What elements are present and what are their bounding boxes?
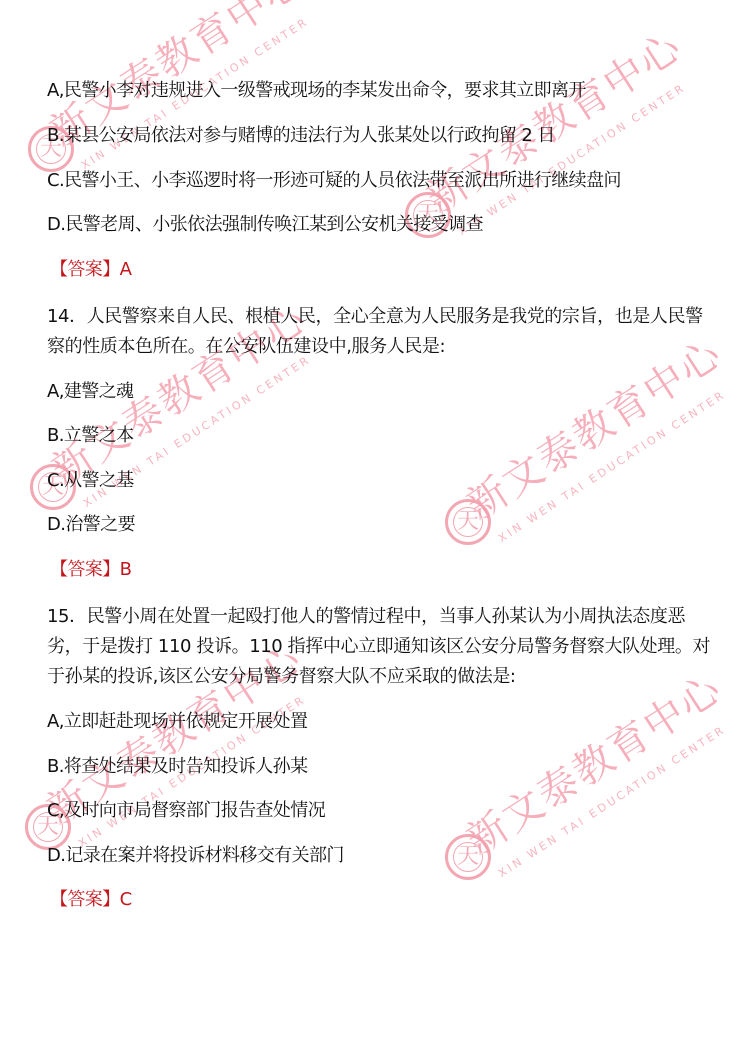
option-15-a: A,立即赶赴现场并依规定开展处置 (47, 711, 307, 733)
option-13-c: C.民警小王、小李巡逻时将一形迹可疑的人员依法带至派出所进行继续盘问 (47, 170, 621, 192)
option-14-d: D.治警之要 (47, 514, 135, 536)
option-14-a: A,建警之魂 (47, 381, 133, 403)
option-14-b: B.立警之本 (47, 425, 133, 447)
option-14-c: C.从警之基 (47, 470, 134, 492)
watermark: 天 新文泰教育中心 XIN WEN TAI EDUCATION CENTER (445, 710, 750, 880)
option-15-c: C,及时向市局督察部门报告查处情况 (47, 800, 325, 822)
question-15-stem-line-3: 于孙某的投诉,该区公安分局警务督察大队不应采取的做法是: (47, 666, 516, 688)
seal-icon: 天 (445, 834, 491, 880)
question-14-stem-line-2: 察的性质本色所在。在公安队伍建设中,服务人民是: (47, 336, 445, 358)
question-14-stem-line-1: 14．人民警察来自人民、根植人民，全心全意为人民服务是我党的宗旨，也是人民警 (47, 306, 703, 328)
option-15-d: D.记录在案并将投诉材料移交有关部门 (47, 845, 344, 867)
document-page: 天 新文泰教育中心 XIN WEN TAI EDUCATION CENTER 天… (0, 0, 750, 1063)
option-13-a: A,民警小李对违规进入一级警戒现场的李某发出命令，要求其立即离开 (47, 80, 586, 102)
option-13-b: B.某县公安局依法对参与赌博的违法行为人张某处以行政拘留 2 日 (47, 125, 555, 147)
option-15-b: B.将查处结果及时告知投诉人孙某 (47, 756, 307, 778)
answer-15: 【答案】C (50, 889, 132, 911)
question-15-stem-line-2: 劣，于是拨打 110 投诉。110 指挥中心立即通知该区公安分局警务督察大队处理… (47, 636, 710, 658)
watermark: 天 新文泰教育中心 XIN WEN TAI EDUCATION CENTER (445, 375, 750, 545)
seal-icon: 天 (445, 499, 491, 545)
question-15-stem-line-1: 15．民警小周在处置一起殴打他人的警情过程中，当事人孙某认为小周执法态度恶 (47, 606, 685, 628)
option-13-d: D.民警老周、小张依法强制传唤江某到公安机关接受调查 (47, 214, 483, 236)
answer-14: 【答案】B (50, 559, 131, 581)
answer-13: 【答案】A (50, 259, 131, 281)
